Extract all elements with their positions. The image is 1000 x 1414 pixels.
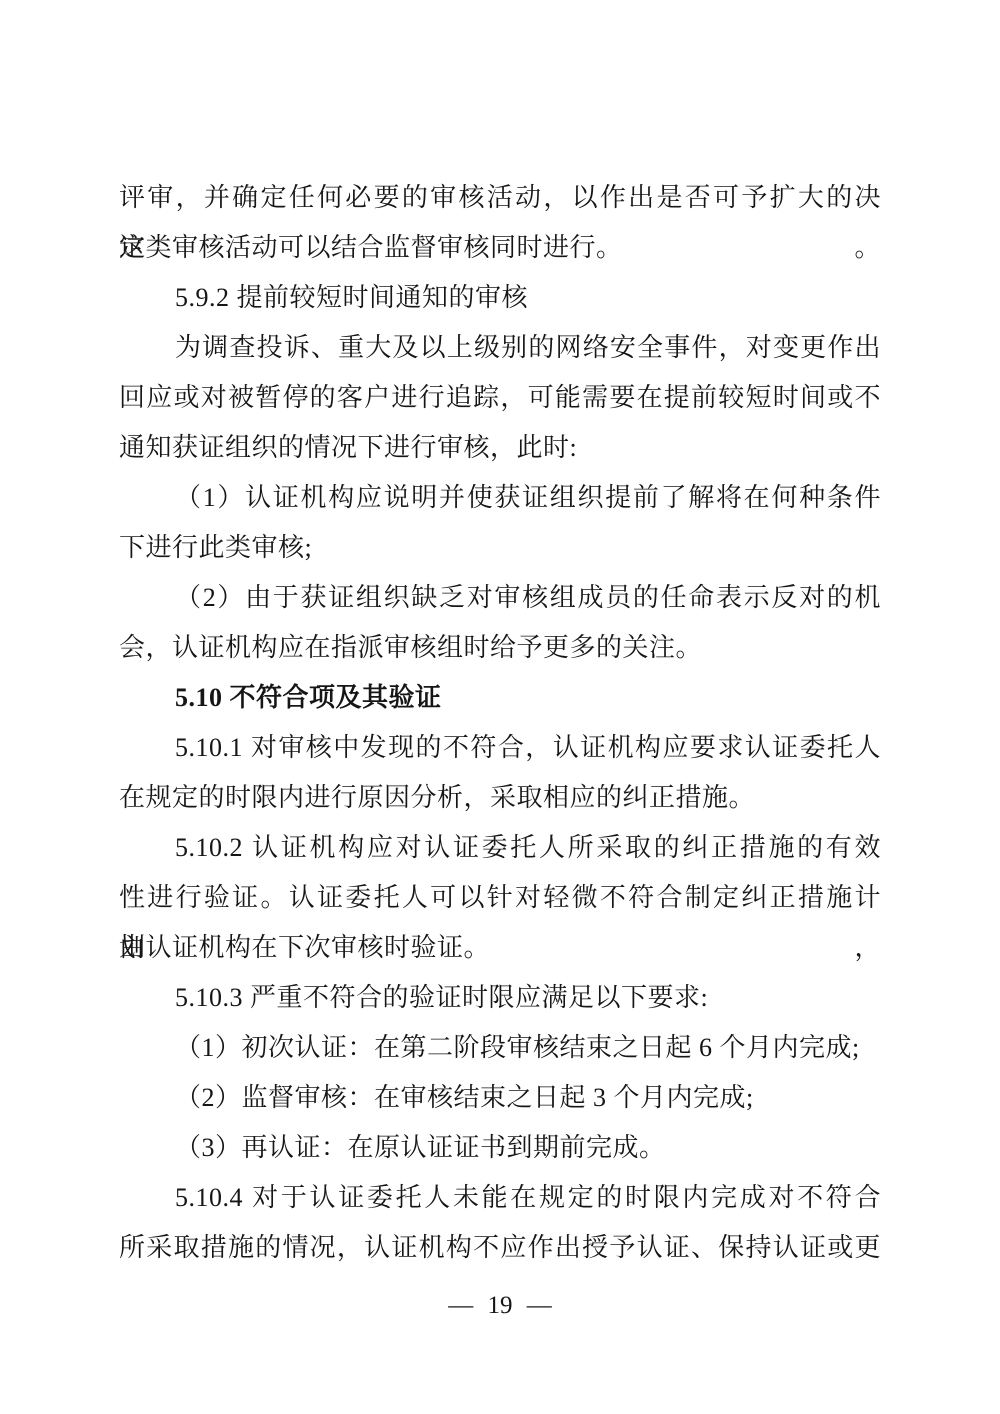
section-heading-5-10: 5.10 不符合项及其验证 — [119, 673, 881, 723]
clause-5-10-1: 5.10.1 对审核中发现的不符合，认证机构应要求认证委托人 — [119, 723, 881, 773]
document-page: 评审，并确定任何必要的审核活动，以作出是否可予扩大的决定。 这类审核活动可以结合… — [0, 0, 1000, 1414]
clause-5-10-2: 5.10.2 认证机构应对认证委托人所采取的纠正措施的有效 — [119, 823, 881, 873]
document-body: 评审，并确定任何必要的审核活动，以作出是否可予扩大的决定。 这类审核活动可以结合… — [119, 173, 881, 1273]
paragraph-line: 在规定的时限内进行原因分析，采取相应的纠正措施。 — [119, 773, 881, 823]
paragraph-line: 所采取措施的情况，认证机构不应作出授予认证、保持认证或更 — [119, 1223, 881, 1273]
clause-item-1: （1）认证机构应说明并使获证组织提前了解将在何种条件 — [119, 473, 881, 523]
list-item-3: （3）再认证：在原认证证书到期前完成。 — [119, 1123, 881, 1173]
paragraph-line: 性进行验证。认证委托人可以针对轻微不符合制定纠正措施计划， — [119, 873, 881, 923]
clause-5-10-4: 5.10.4 对于认证委托人未能在规定的时限内完成对不符合 — [119, 1173, 881, 1223]
section-heading-5-9-2: 5.9.2 提前较短时间通知的审核 — [119, 273, 881, 323]
page-number: — 19 — — [0, 1289, 1000, 1323]
paragraph-line: 会，认证机构应在指派审核组时给予更多的关注。 — [119, 623, 881, 673]
clause-5-10-3: 5.10.3 严重不符合的验证时限应满足以下要求: — [119, 973, 881, 1023]
list-item-1: （1）初次认证：在第二阶段审核结束之日起 6 个月内完成; — [119, 1023, 881, 1073]
paragraph-line: 回应或对被暂停的客户进行追踪，可能需要在提前较短时间或不 — [119, 373, 881, 423]
paragraph-line: 为调查投诉、重大及以上级别的网络安全事件，对变更作出 — [119, 323, 881, 373]
list-item-2: （2）监督审核：在审核结束之日起 3 个月内完成; — [119, 1073, 881, 1123]
paragraph-line: 评审，并确定任何必要的审核活动，以作出是否可予扩大的决定。 — [119, 173, 881, 223]
paragraph-line: 通知获证组织的情况下进行审核，此时: — [119, 423, 881, 473]
paragraph-line: 下进行此类审核; — [119, 523, 881, 573]
clause-item-2: （2）由于获证组织缺乏对审核组成员的任命表示反对的机 — [119, 573, 881, 623]
